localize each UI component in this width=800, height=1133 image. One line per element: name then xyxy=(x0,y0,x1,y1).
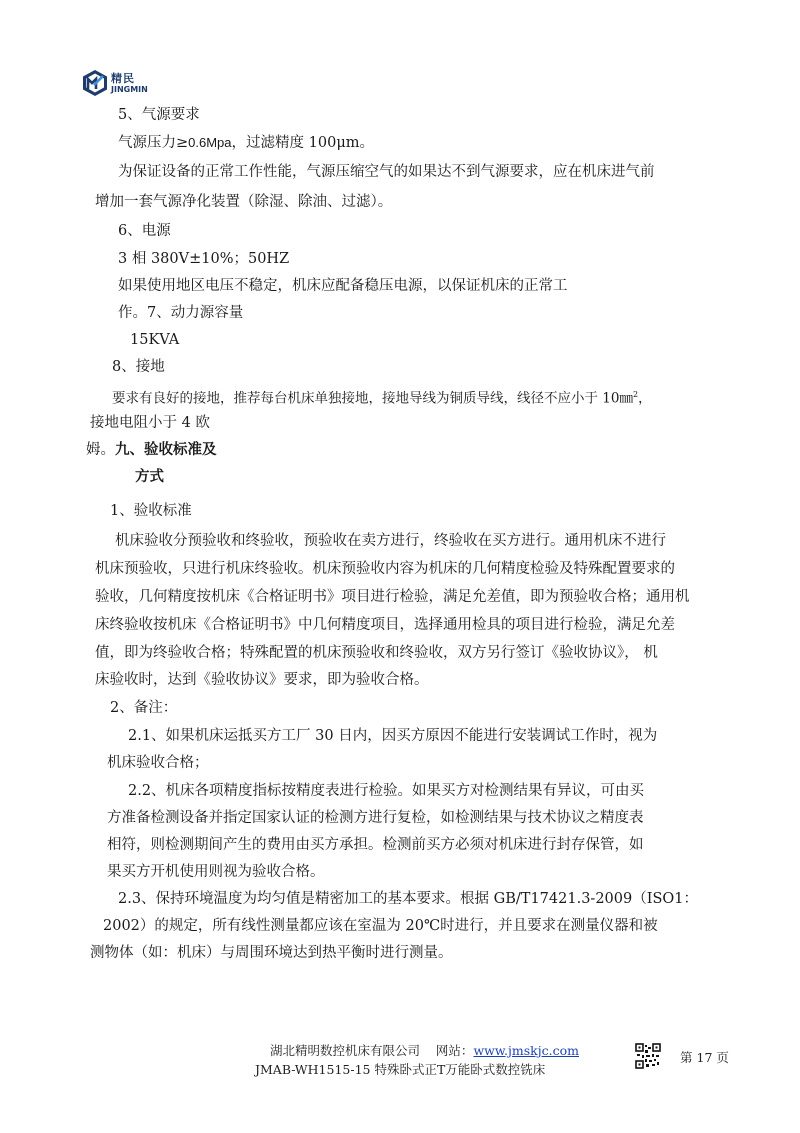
chapter-heading: 九、验收标准及 xyxy=(115,442,217,458)
section-heading-power: 6、电源 xyxy=(118,222,171,240)
qr-code-icon xyxy=(635,1043,661,1069)
logo-english-text: JINGMIN xyxy=(111,86,148,94)
section-heading-notes: 2、备注： xyxy=(110,699,177,717)
paragraph-line: 床验收时，达到《验收协议》要求，即为验收合格。 xyxy=(95,671,429,689)
paragraph-line: 相符，则检测期间产生的费用由买方承担。检测前买方必须对机床进行封存保管，如 xyxy=(107,836,644,854)
paragraph-line: 2.1、如果机床运抵买方工厂 30 日内，因买方原因不能进行安装调试工作时，视为 xyxy=(128,727,657,745)
paragraph-line: 验收，几何精度按机床《合格证明书》项目进行检验，满足允差值，即为预验收合格；通用… xyxy=(95,588,690,606)
text-span: ， xyxy=(638,391,652,407)
paragraph-line: 2.2、机床各项精度指标按精度表进行检验。如果买方对检测结果有异议，可由买 xyxy=(128,782,644,800)
paragraph-line: 3 相 380V±10%；50HZ xyxy=(118,250,289,268)
paragraph-line: 机床验收分预验收和终验收，预验收在卖方进行，终验收在买方进行。通用机床不进行 xyxy=(115,532,666,550)
document-page: 精民 JINGMIN 5、气源要求 气源压力≥0.6Mpa，过滤精度 100μm… xyxy=(0,0,800,1133)
paragraph-air-pressure: 气源压力≥0.6Mpa，过滤精度 100μm。 xyxy=(118,134,374,152)
text-span: 0.6Mpa xyxy=(188,135,231,150)
footer-company-name: 湖北精明数控机床有限公司 xyxy=(270,1043,420,1058)
footer-model: JMAB-WH1515-15 特殊卧式正T万能卧式数控铣床 xyxy=(255,1060,545,1078)
jingmin-logo-icon xyxy=(82,69,108,97)
paragraph-line: 为保证设备的正常工作性能，气源压缩空气的如果达不到气源要求，应在机床进气前 xyxy=(118,163,655,181)
paragraph-line: 测物体（如：机床）与周围环境达到热平衡时进行测量。 xyxy=(90,944,453,962)
footer-website-link[interactable]: www.jmskjc.com xyxy=(473,1043,579,1058)
text-span: 气源压力≥ xyxy=(118,135,188,151)
paragraph-line: 方准备检测设备并指定国家认证的检测方进行复检，如检测结果与技术协议之精度表 xyxy=(107,809,644,827)
company-logo: 精民 JINGMIN xyxy=(82,68,162,98)
paragraph-line: 2.3、保持环境温度为均匀值是精密加工的基本要求。根据 GB/T17421.3-… xyxy=(118,890,698,908)
paragraph-line: 床终验收按机床《合格证明书》中几何精度项目，选择通用检具的项目进行检验，满足允差 xyxy=(95,616,675,634)
paragraph-line: 机床验收合格； xyxy=(107,754,209,772)
page-number: 第 17 页 xyxy=(680,1048,729,1066)
section-heading-air-supply: 5、气源要求 xyxy=(118,106,200,124)
paragraph-line: 机床预验收，只进行机床终验收。机床预验收内容为机床的几何精度检验及特殊配置要求的 xyxy=(95,560,675,578)
paragraph-line: 姆。九、验收标准及 xyxy=(86,441,217,459)
paragraph-line: 15KVA xyxy=(130,331,179,349)
paragraph-grounding: 要求有良好的接地，推荐每台机床单独接地，接地导线为铜质导线，线径不应小于 10㎜… xyxy=(112,386,652,408)
chapter-heading-continued: 方式 xyxy=(135,468,164,486)
section-heading-grounding: 8、接地 xyxy=(112,358,165,376)
footer-company-line: 湖北精明数控机床有限公司 网站：www.jmskjc.com xyxy=(270,1041,579,1059)
paragraph-line: 接地电阻小于 4 欧 xyxy=(90,414,210,432)
paragraph-line: 值，即为终验收合格；特殊配置的机床预验收和终验收，双方另行签订《验收协议》， 机 xyxy=(95,644,658,662)
logo-chinese-text: 精民 xyxy=(111,73,148,84)
footer-website-label: 网站： xyxy=(436,1043,474,1058)
page-suffix: 页 xyxy=(716,1050,729,1065)
paragraph-line: 增加一套气源净化装置（除湿、除油、过滤）。 xyxy=(95,193,392,211)
paragraph-line: 2002）的规定，所有线性测量都应该在室温为 20℃时进行，并且要求在测量仪器和… xyxy=(103,917,658,935)
section-heading-acceptance-standard: 1、验收标准 xyxy=(110,502,192,520)
paragraph-line: 作。7、动力源容量 xyxy=(118,304,243,322)
text-span: ，过滤精度 100μm。 xyxy=(232,135,374,151)
paragraph-line: 如果使用地区电压不稳定，机床应配备稳压电源，以保证机床的正常工 xyxy=(118,277,568,295)
text-span: 要求有良好的接地，推荐每台机床单独接地，接地导线为铜质导线，线径不应小于 10㎜ xyxy=(112,391,633,407)
page-prefix: 第 xyxy=(680,1050,693,1065)
page-number-value: 17 xyxy=(697,1050,713,1065)
paragraph-line: 果买方开机使用则视为验收合格。 xyxy=(107,863,325,881)
text-span: 姆。 xyxy=(86,442,115,458)
